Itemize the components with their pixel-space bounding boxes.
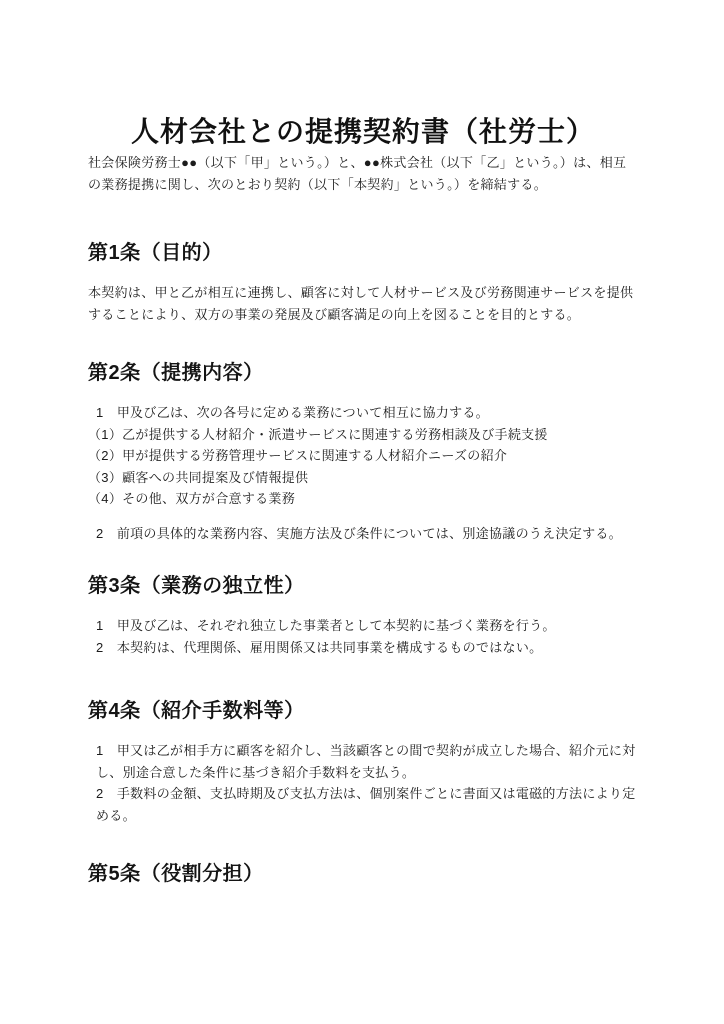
article-2-block-2: 2 前項の具体的な業務内容、実施方法及び条件については、別途協議のうえ決定する。: [88, 523, 638, 545]
article-2-clause-1: 1 甲及び乙は、次の各号に定める業務について相互に協力する。: [88, 402, 638, 424]
article-2: 第2条（提携内容） 1 甲及び乙は、次の各号に定める業務について相互に協力する。…: [88, 360, 638, 544]
article-2-item-1: （1）乙が提供する人材紹介・派遣サービスに関連する労務相談及び手続支援: [88, 424, 638, 446]
article-2-block-1: 1 甲及び乙は、次の各号に定める業務について相互に協力する。 （1）乙が提供する…: [88, 402, 638, 510]
article-4-clause-2: 2 手数料の金額、支払時期及び支払方法は、個別案件ごとに書面又は電磁的方法により…: [88, 783, 638, 826]
article-3-heading: 第3条（業務の独立性）: [88, 573, 638, 599]
article-4-clause-1: 1 甲又は乙が相手方に顧客を紹介し、当該顧客との間で契約が成立した場合、紹介元に…: [88, 740, 638, 783]
article-4-block-1: 1 甲又は乙が相手方に顧客を紹介し、当該顧客との間で契約が成立した場合、紹介元に…: [88, 740, 638, 826]
article-4-heading: 第4条（紹介手数料等）: [88, 698, 638, 724]
article-3-clause-2: 2 本契約は、代理関係、雇用関係又は共同事業を構成するものではない。: [88, 637, 638, 659]
article-3: 第3条（業務の独立性） 1 甲及び乙は、それぞれ独立した事業者として本契約に基づ…: [88, 573, 638, 658]
article-4: 第4条（紹介手数料等） 1 甲又は乙が相手方に顧客を紹介し、当該顧客との間で契約…: [88, 698, 638, 826]
document-title: 人材会社との提携契約書（社労士）: [88, 112, 638, 152]
article-3-clause-1: 1 甲及び乙は、それぞれ独立した事業者として本契約に基づく業務を行う。: [88, 615, 638, 637]
article-1: 第1条（目的） 本契約は、甲と乙が相互に連携し、顧客に対して人材サービス及び労務…: [88, 240, 638, 325]
article-1-block-1: 本契約は、甲と乙が相互に連携し、顧客に対して人材サービス及び労務関連サービスを提…: [88, 282, 638, 325]
document-page: 人材会社との提携契約書（社労士） 社会保険労務士●●（以下「甲」という。）と、●…: [0, 0, 724, 1024]
article-2-heading: 第2条（提携内容）: [88, 360, 638, 386]
intro-paragraph: 社会保険労務士●●（以下「甲」という。）と、●●株式会社（以下「乙」という。）は…: [88, 152, 638, 195]
article-2-clause-2: 2 前項の具体的な業務内容、実施方法及び条件については、別途協議のうえ決定する。: [88, 523, 638, 545]
article-5: 第5条（役割分担）: [88, 861, 638, 887]
article-5-heading: 第5条（役割分担）: [88, 861, 638, 887]
article-1-heading: 第1条（目的）: [88, 240, 638, 266]
article-1-paragraph: 本契約は、甲と乙が相互に連携し、顧客に対して人材サービス及び労務関連サービスを提…: [88, 282, 638, 325]
article-2-item-4: （4）その他、双方が合意する業務: [88, 488, 638, 510]
article-3-block-1: 1 甲及び乙は、それぞれ独立した事業者として本契約に基づく業務を行う。 2 本契…: [88, 615, 638, 658]
article-2-item-2: （2）甲が提供する労務管理サービスに関連する人材紹介ニーズの紹介: [88, 445, 638, 467]
article-2-item-3: （3）顧客への共同提案及び情報提供: [88, 467, 638, 489]
